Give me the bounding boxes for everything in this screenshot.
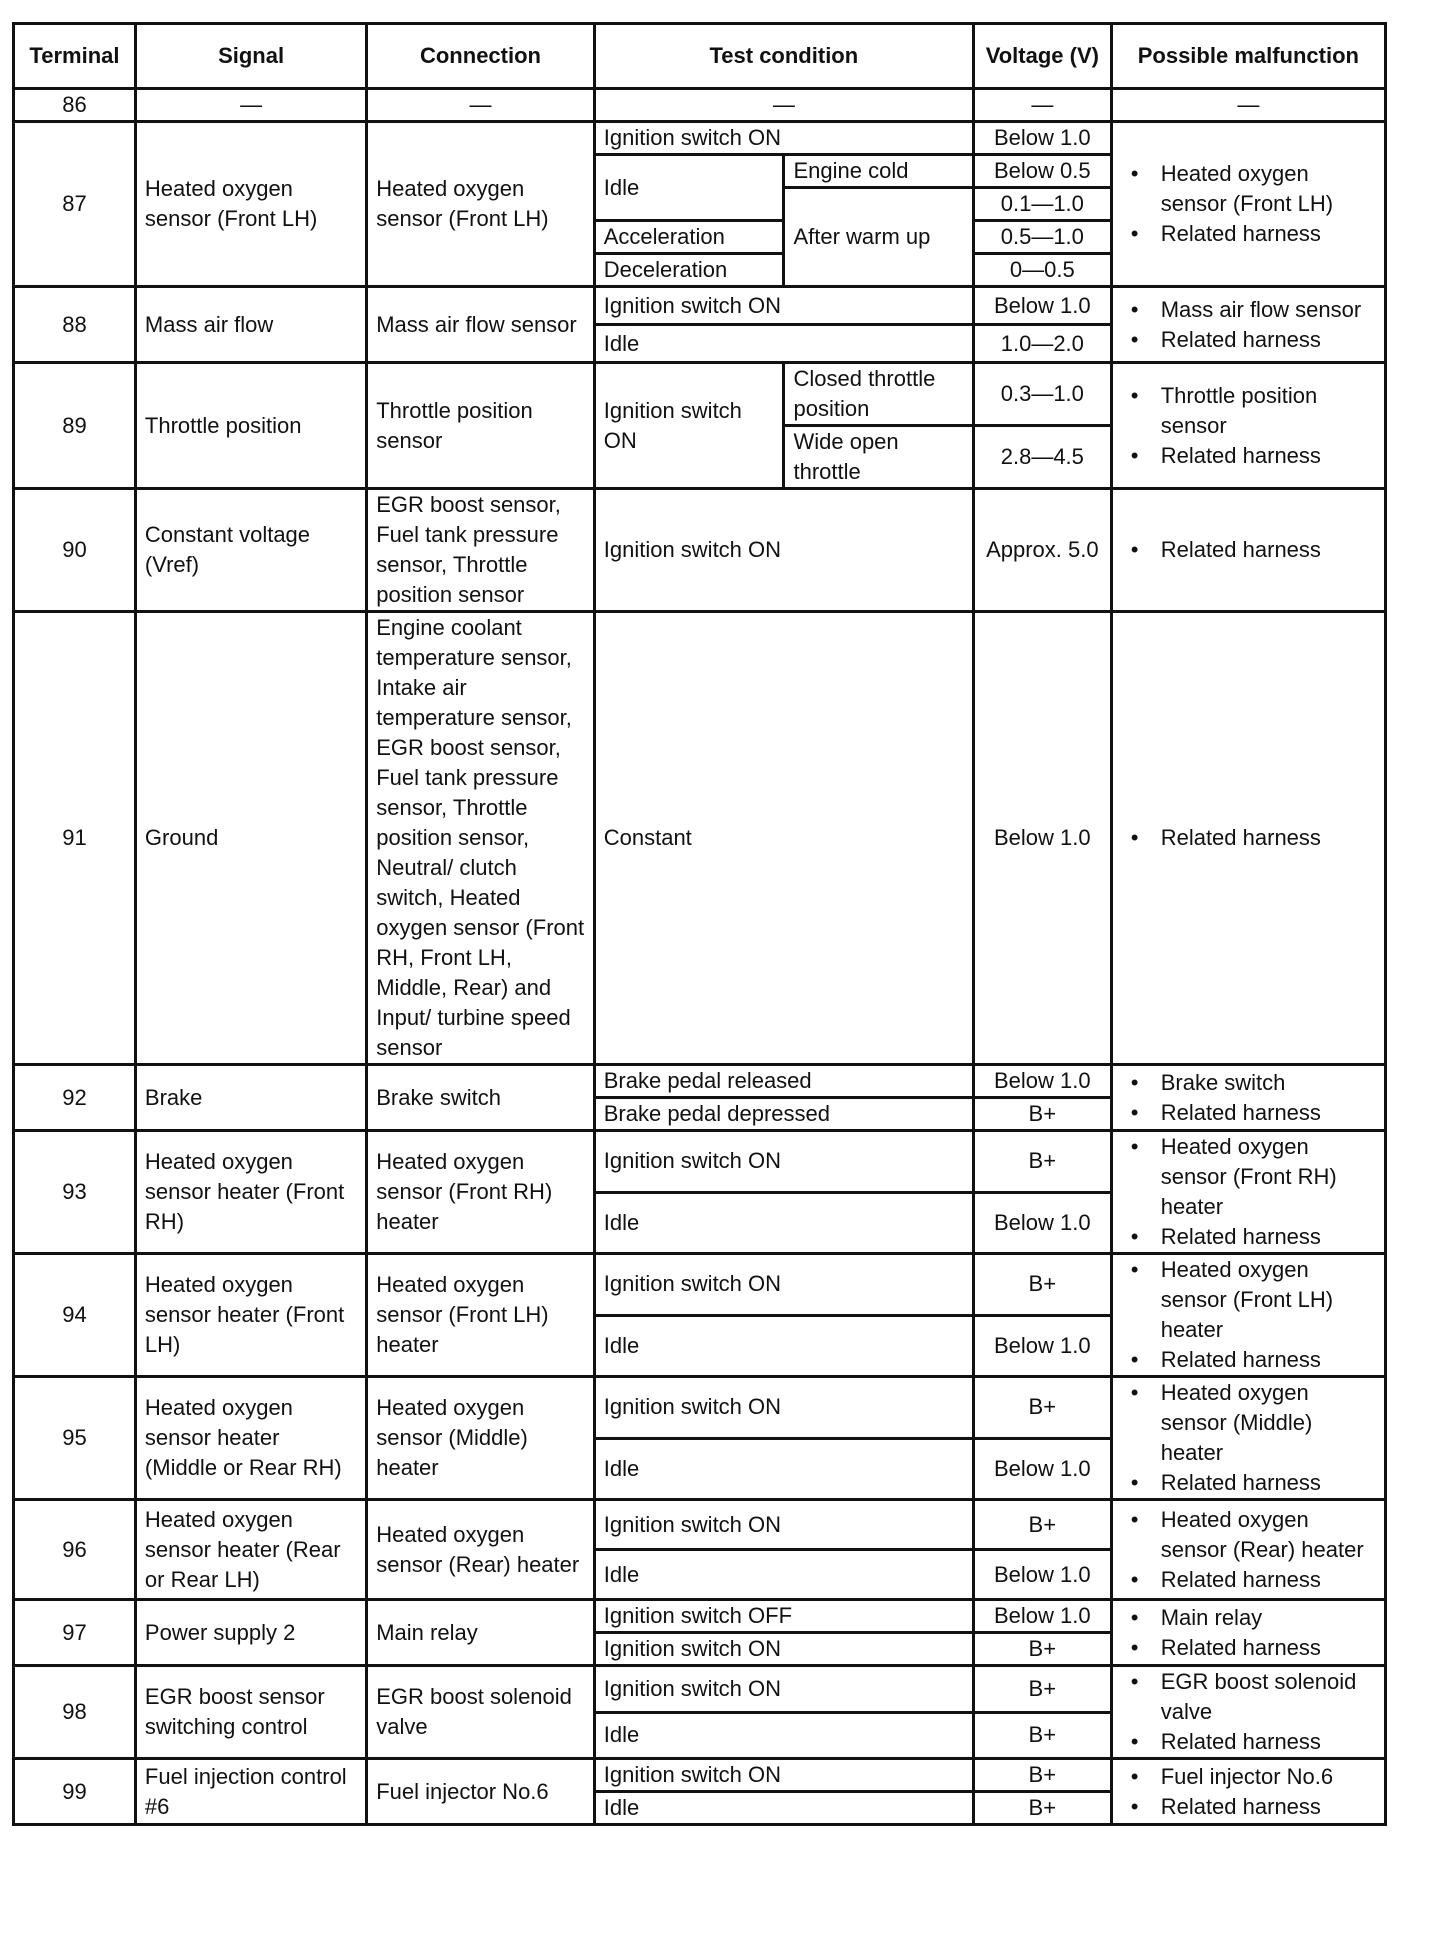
test-condition-cell: Idle (594, 1792, 973, 1825)
voltage-cell: B+ (973, 1633, 1111, 1666)
signal-cell: Power supply 2 (135, 1600, 366, 1666)
malfunction-item: Heated oxygen sensor (Front LH) (1161, 159, 1376, 219)
test-condition-cell: Brake pedal released (594, 1065, 973, 1098)
malfunction-item: Related harness (1161, 1345, 1376, 1375)
signal-cell: Heated oxygen sensor heater (Middle or R… (135, 1377, 366, 1500)
malfunction-cell: Mass air flow sensorRelated harness (1111, 287, 1385, 363)
connection-cell: Brake switch (367, 1065, 595, 1131)
test-condition-cell: Ignition switch ON (594, 1377, 973, 1439)
connection-cell: EGR boost sensor, Fuel tank pressure sen… (367, 489, 595, 612)
malfunction-item: Related harness (1161, 1565, 1376, 1595)
terminal-cell: 94 (14, 1254, 136, 1377)
malfunction-item: Related harness (1161, 219, 1376, 249)
test-condition-cell: Acceleration (594, 221, 784, 254)
connection-cell: Fuel injector No.6 (367, 1759, 595, 1825)
test-condition-cell: Ignition switch ON (594, 489, 973, 612)
table-row: 89Throttle positionThrottle position sen… (14, 363, 1386, 426)
malfunction-cell: Main relayRelated harness (1111, 1600, 1385, 1666)
malfunction-cell: Heated oxygen sensor (Middle) heaterRela… (1111, 1377, 1385, 1500)
signal-cell: — (135, 89, 366, 122)
test-condition-cell: Idle (594, 1712, 973, 1759)
malfunction-item: Brake switch (1161, 1068, 1376, 1098)
test-condition-cell: Ignition switch OFF (594, 1600, 973, 1633)
malfunction-item: Throttle position sensor (1161, 381, 1376, 441)
voltage-cell: Approx. 5.0 (973, 489, 1111, 612)
test-subcondition-cell: Engine cold (784, 155, 973, 188)
malfunction-item: Main relay (1161, 1603, 1376, 1633)
malfunction-cell: Throttle position sensorRelated harness (1111, 363, 1385, 489)
malfunction-list: Heated oxygen sensor (Middle) heaterRela… (1121, 1378, 1376, 1498)
voltage-cell: B+ (973, 1712, 1111, 1759)
terminal-cell: 90 (14, 489, 136, 612)
terminal-cell: 91 (14, 612, 136, 1065)
signal-cell: Brake (135, 1065, 366, 1131)
malfunction-cell: Heated oxygen sensor (Front LH) heaterRe… (1111, 1254, 1385, 1377)
test-subcondition-cell: After warm up (784, 188, 973, 287)
header-terminal: Terminal (14, 24, 136, 89)
malfunction-list: Mass air flow sensorRelated harness (1121, 295, 1376, 355)
signal-cell: Heated oxygen sensor heater (Rear or Rea… (135, 1500, 366, 1600)
terminal-cell: 93 (14, 1131, 136, 1254)
voltage-cell: B+ (973, 1131, 1111, 1193)
voltage-cell: Below 1.0 (973, 1315, 1111, 1377)
voltage-cell: 2.8—4.5 (973, 426, 1111, 489)
table-header-row: Terminal Signal Connection Test conditio… (14, 24, 1386, 89)
malfunction-item: Related harness (1161, 1468, 1376, 1498)
connection-cell: EGR boost solenoid valve (367, 1666, 595, 1759)
malfunction-list: EGR boost solenoid valveRelated harness (1121, 1667, 1376, 1757)
test-condition-cell: — (594, 89, 973, 122)
table-row: 96Heated oxygen sensor heater (Rear or R… (14, 1500, 1386, 1550)
table-row: 97Power supply 2Main relayIgnition switc… (14, 1600, 1386, 1633)
signal-cell: Mass air flow (135, 287, 366, 363)
table-row: 88Mass air flowMass air flow sensorIgnit… (14, 287, 1386, 325)
malfunction-list: Fuel injector No.6Related harness (1121, 1762, 1376, 1822)
voltage-cell: Below 1.0 (973, 1550, 1111, 1600)
table-row: 92BrakeBrake switchBrake pedal releasedB… (14, 1065, 1386, 1098)
signal-cell: Throttle position (135, 363, 366, 489)
terminal-cell: 87 (14, 122, 136, 287)
voltage-cell: 0.3—1.0 (973, 363, 1111, 426)
malfunction-cell: Heated oxygen sensor (Rear) heaterRelate… (1111, 1500, 1385, 1600)
header-signal: Signal (135, 24, 366, 89)
header-voltage: Voltage (V) (973, 24, 1111, 89)
test-condition-cell: Deceleration (594, 254, 784, 287)
malfunction-cell: Brake switchRelated harness (1111, 1065, 1385, 1131)
malfunction-item: Related harness (1161, 441, 1376, 471)
malfunction-list: Main relayRelated harness (1121, 1603, 1376, 1663)
connection-cell: Heated oxygen sensor (Front LH) (367, 122, 595, 287)
test-condition-cell: Ignition switch ON (594, 1500, 973, 1550)
voltage-cell: Below 1.0 (973, 1600, 1111, 1633)
malfunction-list: Heated oxygen sensor (Front LH)Related h… (1121, 159, 1376, 249)
test-condition-cell: Idle (594, 1438, 973, 1500)
table-row: 98EGR boost sensor switching controlEGR … (14, 1666, 1386, 1713)
test-condition-cell: Idle (594, 325, 973, 363)
malfunction-list: Heated oxygen sensor (Front LH) heaterRe… (1121, 1255, 1376, 1375)
test-condition-cell: Idle (594, 1315, 973, 1377)
malfunction-item: Related harness (1161, 535, 1376, 565)
terminal-cell: 89 (14, 363, 136, 489)
test-condition-cell: Ignition switch ON (594, 122, 973, 155)
voltage-cell: 1.0—2.0 (973, 325, 1111, 363)
malfunction-item: Related harness (1161, 1727, 1376, 1757)
malfunction-item: Heated oxygen sensor (Front RH) heater (1161, 1132, 1376, 1222)
signal-cell: Heated oxygen sensor (Front LH) (135, 122, 366, 287)
signal-cell: Constant voltage (Vref) (135, 489, 366, 612)
voltage-cell: 0—0.5 (973, 254, 1111, 287)
malfunction-item: Related harness (1161, 1222, 1376, 1252)
voltage-cell: 0.1—1.0 (973, 188, 1111, 221)
malfunction-list: Throttle position sensorRelated harness (1121, 381, 1376, 471)
connection-cell: Main relay (367, 1600, 595, 1666)
terminal-cell: 97 (14, 1600, 136, 1666)
malfunction-item: Fuel injector No.6 (1161, 1762, 1376, 1792)
table-body: 86—————87Heated oxygen sensor (Front LH)… (14, 89, 1386, 1825)
terminal-cell: 95 (14, 1377, 136, 1500)
voltage-cell: 0.5—1.0 (973, 221, 1111, 254)
table-row: 99Fuel injection control #6Fuel injector… (14, 1759, 1386, 1792)
voltage-cell: Below 1.0 (973, 1438, 1111, 1500)
malfunction-cell: Heated oxygen sensor (Front LH)Related h… (1111, 122, 1385, 287)
test-condition-cell: Ignition switch ON (594, 363, 784, 489)
connection-cell: Heated oxygen sensor (Front LH) heater (367, 1254, 595, 1377)
malfunction-cell: Fuel injector No.6Related harness (1111, 1759, 1385, 1825)
connection-cell: Throttle position sensor (367, 363, 595, 489)
test-condition-cell: Idle (594, 1550, 973, 1600)
voltage-cell: B+ (973, 1792, 1111, 1825)
table-row: 95Heated oxygen sensor heater (Middle or… (14, 1377, 1386, 1439)
test-condition-cell: Constant (594, 612, 973, 1065)
malfunction-list: Related harness (1121, 535, 1376, 565)
voltage-cell: B+ (973, 1666, 1111, 1713)
voltage-cell: B+ (973, 1254, 1111, 1316)
test-condition-cell: Ignition switch ON (594, 1131, 973, 1193)
connection-cell: Mass air flow sensor (367, 287, 595, 363)
test-condition-cell: Ignition switch ON (594, 287, 973, 325)
connection-cell: — (367, 89, 595, 122)
malfunction-item: Heated oxygen sensor (Rear) heater (1161, 1505, 1376, 1565)
table-row: 91GroundEngine coolant temperature senso… (14, 612, 1386, 1065)
voltage-cell: B+ (973, 1098, 1111, 1131)
malfunction-item: Related harness (1161, 1792, 1376, 1822)
test-condition-cell: Ignition switch ON (594, 1254, 973, 1316)
table-row: 93Heated oxygen sensor heater (Front RH)… (14, 1131, 1386, 1193)
voltage-cell: Below 1.0 (973, 122, 1111, 155)
terminal-cell: 96 (14, 1500, 136, 1600)
voltage-cell: — (973, 89, 1111, 122)
table-row: 87Heated oxygen sensor (Front LH)Heated … (14, 122, 1386, 155)
signal-cell: Heated oxygen sensor heater (Front LH) (135, 1254, 366, 1377)
test-condition-cell: Ignition switch ON (594, 1666, 973, 1713)
signal-cell: EGR boost sensor switching control (135, 1666, 366, 1759)
connection-cell: Heated oxygen sensor (Front RH) heater (367, 1131, 595, 1254)
malfunction-item: EGR boost solenoid valve (1161, 1667, 1376, 1727)
malfunction-cell: Heated oxygen sensor (Front RH) heaterRe… (1111, 1131, 1385, 1254)
terminal-cell: 98 (14, 1666, 136, 1759)
voltage-cell: B+ (973, 1377, 1111, 1439)
voltage-cell: Below 0.5 (973, 155, 1111, 188)
signal-cell: Ground (135, 612, 366, 1065)
connection-cell: Engine coolant temperature sensor, Intak… (367, 612, 595, 1065)
voltage-cell: Below 1.0 (973, 1192, 1111, 1254)
malfunction-item: Related harness (1161, 1098, 1376, 1128)
malfunction-item: Heated oxygen sensor (Front LH) heater (1161, 1255, 1376, 1345)
voltage-cell: Below 1.0 (973, 612, 1111, 1065)
test-condition-cell: Ignition switch ON (594, 1759, 973, 1792)
malfunction-cell: Related harness (1111, 489, 1385, 612)
malfunction-item: Related harness (1161, 1633, 1376, 1663)
voltage-cell: B+ (973, 1759, 1111, 1792)
malfunction-item: Mass air flow sensor (1161, 295, 1376, 325)
test-condition-cell: Brake pedal depressed (594, 1098, 973, 1131)
voltage-cell: B+ (973, 1500, 1111, 1550)
terminal-cell: 99 (14, 1759, 136, 1825)
terminal-cell: 92 (14, 1065, 136, 1131)
terminal-cell: 86 (14, 89, 136, 122)
malfunction-item: Heated oxygen sensor (Middle) heater (1161, 1378, 1376, 1468)
malfunction-list: Related harness (1121, 823, 1376, 853)
header-connection: Connection (367, 24, 595, 89)
malfunction-cell: — (1111, 89, 1385, 122)
test-condition-cell: Idle (594, 155, 784, 221)
malfunction-item: Related harness (1161, 325, 1376, 355)
malfunction-item: Related harness (1161, 823, 1376, 853)
table-row: 90Constant voltage (Vref)EGR boost senso… (14, 489, 1386, 612)
connection-cell: Heated oxygen sensor (Middle) heater (367, 1377, 595, 1500)
signal-cell: Fuel injection control #6 (135, 1759, 366, 1825)
test-subcondition-cell: Wide open throttle (784, 426, 973, 489)
malfunction-list: Brake switchRelated harness (1121, 1068, 1376, 1128)
table-row: 94Heated oxygen sensor heater (Front LH)… (14, 1254, 1386, 1316)
malfunction-cell: Related harness (1111, 612, 1385, 1065)
voltage-cell: Below 1.0 (973, 1065, 1111, 1098)
signal-cell: Heated oxygen sensor heater (Front RH) (135, 1131, 366, 1254)
malfunction-list: Heated oxygen sensor (Front RH) heaterRe… (1121, 1132, 1376, 1252)
terminal-cell: 88 (14, 287, 136, 363)
malfunction-list: Heated oxygen sensor (Rear) heaterRelate… (1121, 1505, 1376, 1595)
header-test-condition: Test condition (594, 24, 973, 89)
test-condition-cell: Idle (594, 1192, 973, 1254)
malfunction-cell: EGR boost solenoid valveRelated harness (1111, 1666, 1385, 1759)
test-subcondition-cell: Closed throttle position (784, 363, 973, 426)
table-row: 86————— (14, 89, 1386, 122)
header-malfunction: Possible malfunction (1111, 24, 1385, 89)
ecm-terminal-table: Terminal Signal Connection Test conditio… (12, 22, 1387, 1826)
connection-cell: Heated oxygen sensor (Rear) heater (367, 1500, 595, 1600)
voltage-cell: Below 1.0 (973, 287, 1111, 325)
test-condition-cell: Ignition switch ON (594, 1633, 973, 1666)
